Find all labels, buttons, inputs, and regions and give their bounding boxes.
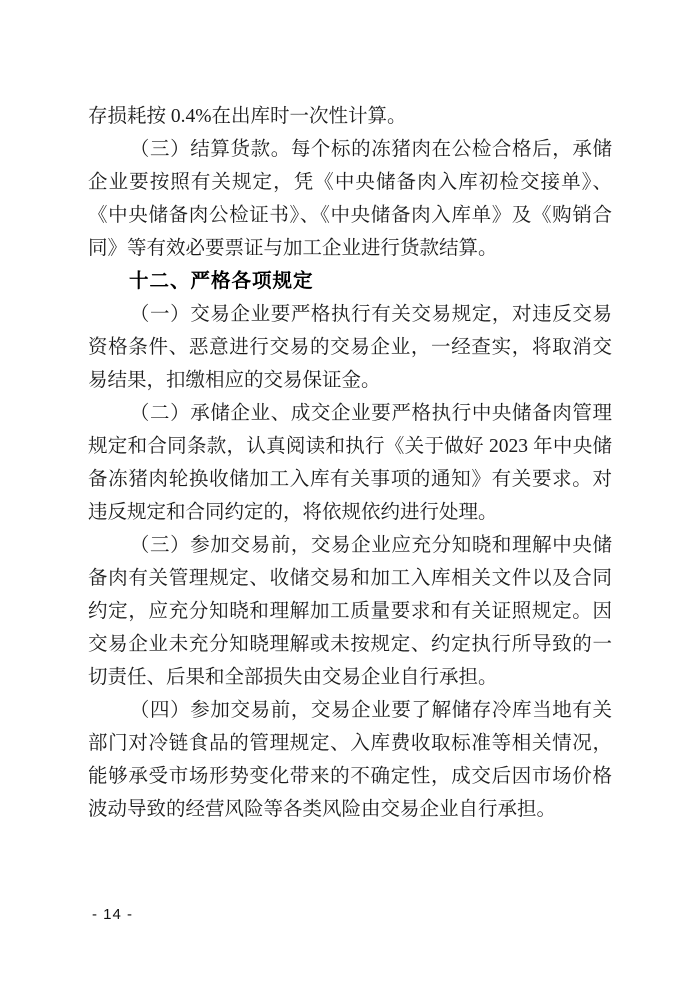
page-body-text: 存损耗按 0.4%在出库时一次性计算。 （三）结算货款。每个标的冻猪肉在公检合格… — [88, 100, 612, 826]
paragraph-rule-1: （一）交易企业要严格执行有关交易规定，对违反交易资格条件、恶意进行交易的交易企业… — [88, 298, 612, 397]
paragraph-item-3-settlement: （三）结算货款。每个标的冻猪肉在公检合格后，承储企业要按照有关规定，凭《中央储备… — [88, 133, 612, 265]
document-page: 存损耗按 0.4%在出库时一次性计算。 （三）结算货款。每个标的冻猪肉在公检合格… — [0, 0, 700, 989]
paragraph-carryover-line: 存损耗按 0.4%在出库时一次性计算。 — [88, 100, 612, 133]
paragraph-rule-2: （二）承储企业、成交企业要严格执行中央储备肉管理规定和合同条款，认真阅读和执行《… — [88, 397, 612, 529]
section-heading-12: 十二、严格各项规定 — [88, 265, 612, 298]
paragraph-rule-3: （三）参加交易前，交易企业应充分知晓和理解中央储备肉有关管理规定、收储交易和加工… — [88, 529, 612, 694]
page-number: - 14 - — [92, 905, 133, 925]
paragraph-rule-4: （四）参加交易前，交易企业要了解储存冷库当地有关部门对冷链食品的管理规定、入库费… — [88, 694, 612, 826]
